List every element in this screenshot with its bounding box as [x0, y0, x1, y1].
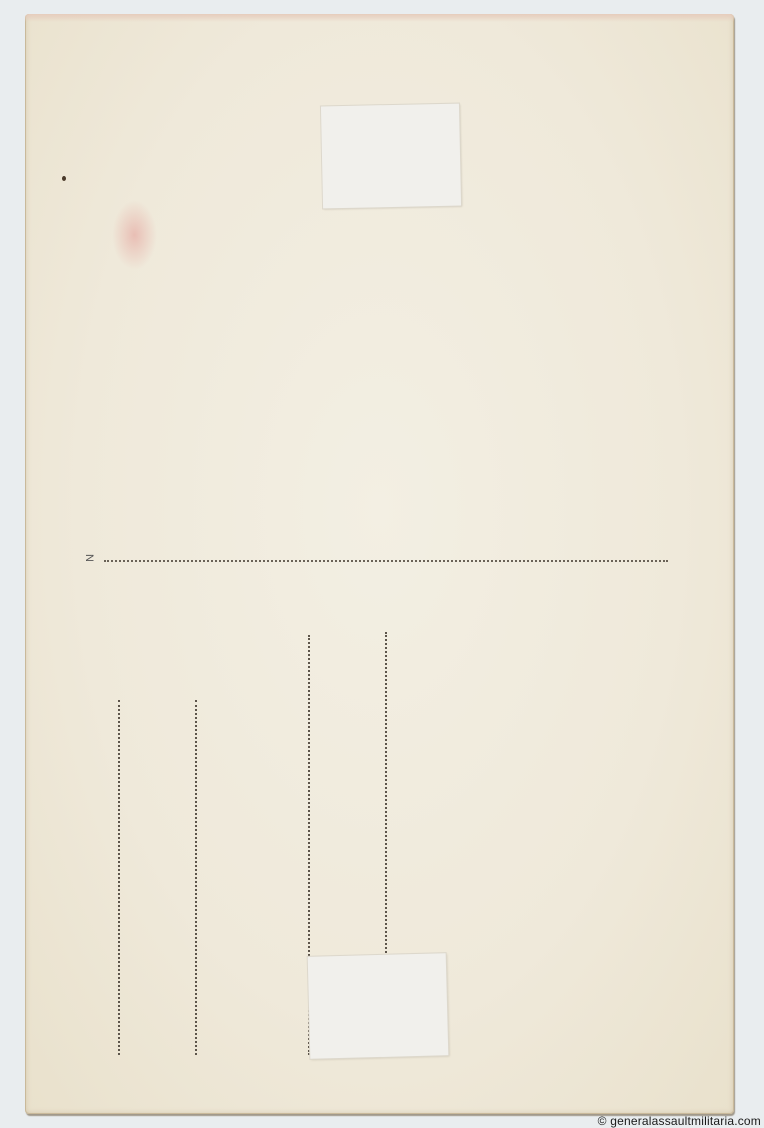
paper-remnant-bottom: [308, 953, 449, 1059]
divider-mark: N: [83, 554, 95, 562]
copyright-watermark: © generalassaultmilitaria.com: [598, 1114, 761, 1128]
horizontal-dotted-divider: [104, 560, 668, 562]
address-line-4: [385, 632, 387, 957]
red-ink-stain: [112, 200, 157, 270]
address-line-2: [195, 700, 197, 1055]
address-line-1: [118, 700, 120, 1055]
paper-remnant-top: [321, 104, 461, 209]
paper-speck: [62, 176, 66, 181]
